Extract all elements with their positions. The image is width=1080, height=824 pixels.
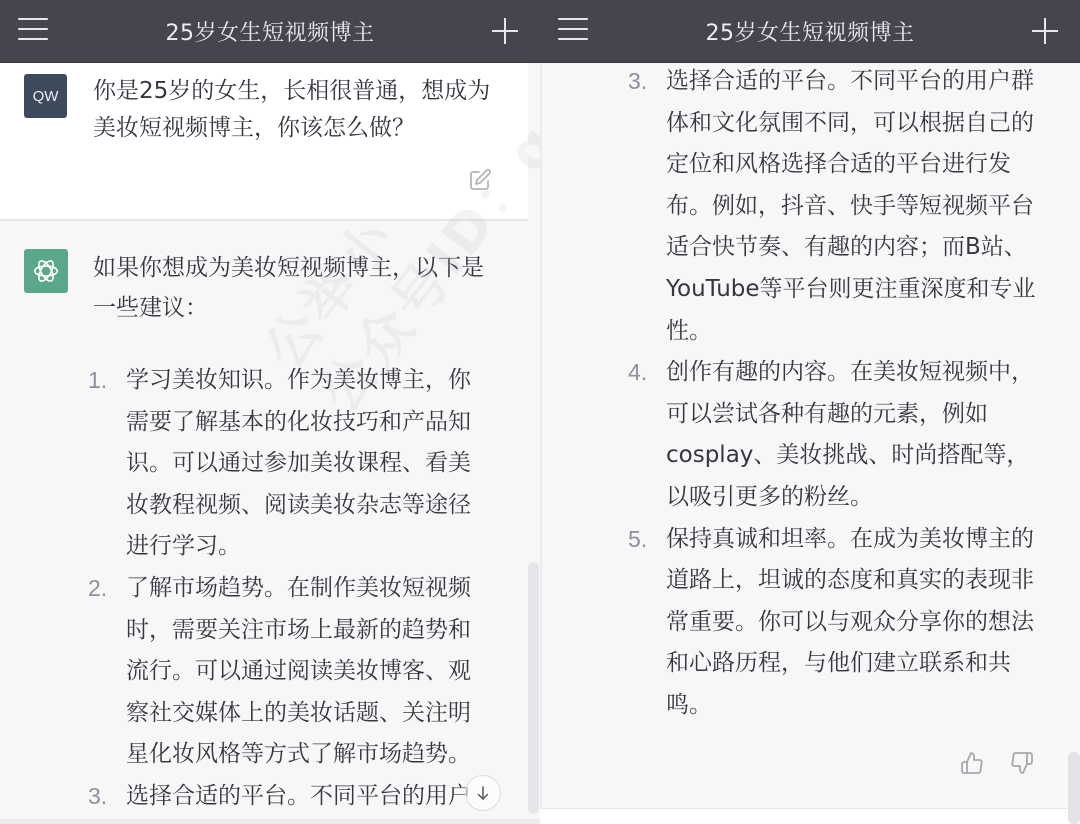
pane-divider bbox=[540, 63, 542, 824]
user-message: QW 你是25岁的女生，长相很普通，想成为美妆短视频博主，你该怎么做？ bbox=[0, 63, 528, 221]
list-item: 3. 选择合适的平台。不同平台的用户 bbox=[88, 776, 488, 818]
hamburger-menu-icon[interactable] bbox=[558, 18, 588, 44]
list-item: 4. 创作有趣的内容。在美妆短视频中，可以尝试各种有趣的元素，例如cosplay… bbox=[628, 352, 1038, 518]
conversation-title: 25岁女生短视频博主 bbox=[166, 16, 375, 47]
list-item-text: 学习美妆知识。作为美妆博主，你需要了解基本的化妆技巧和产品知识。可以通过参加美妆… bbox=[126, 367, 471, 559]
top-bar: 25岁女生短视频博主 bbox=[540, 0, 1080, 63]
hamburger-menu-icon[interactable] bbox=[18, 18, 48, 44]
new-chat-plus-icon[interactable] bbox=[492, 18, 518, 44]
assistant-message-continued: 3. 选择合适的平台。不同平台的用户群体和文化氛围不同，可以根据自己的定位和风格… bbox=[540, 63, 1068, 824]
list-number: 2. bbox=[88, 568, 124, 610]
list-item: 5. 保持真诚和坦率。在成为美妆博主的道路上，坦诚的态度和真实的表现非常重要。你… bbox=[628, 519, 1038, 727]
suggestion-list: 1. 学习美妆知识。作为美妆博主，你需要了解基本的化妆技巧和产品知识。可以通过参… bbox=[88, 360, 488, 818]
list-item-text: 保持真诚和坦率。在成为美妆博主的道路上，坦诚的态度和真实的表现非常重要。你可以与… bbox=[666, 526, 1034, 718]
thumbs-up-icon[interactable] bbox=[960, 751, 984, 775]
list-item: 2. 了解市场趋势。在制作美妆短视频时，需要关注市场上最新的趋势和流行。可以通过… bbox=[88, 568, 488, 776]
openai-logo-icon bbox=[24, 249, 68, 293]
list-number: 5. bbox=[628, 519, 664, 561]
assistant-message: 如果你想成为美妆短视频博主，以下是一些建议： 1. 学习美妆知识。作为美妆博主，… bbox=[0, 223, 528, 824]
right-phone-screen: 25岁女生短视频博主 3. 选择合适的平台。不同平台的用户群体和文化氛围不同，可… bbox=[540, 0, 1080, 824]
input-area-edge bbox=[540, 808, 1068, 824]
list-number: 3. bbox=[88, 776, 124, 818]
thumbs-down-icon[interactable] bbox=[1010, 751, 1034, 775]
assistant-intro-text: 如果你想成为美妆短视频博主，以下是一些建议： bbox=[93, 248, 493, 328]
new-chat-plus-icon[interactable] bbox=[1032, 18, 1058, 44]
list-item-text: 了解市场趋势。在制作美妆短视频时，需要关注市场上最新的趋势和流行。可以通过阅读美… bbox=[126, 575, 471, 767]
left-phone-screen: 25岁女生短视频博主 QW 你是25岁的女生，长相很普通，想成为美妆短视频博主，… bbox=[0, 0, 540, 824]
list-number: 1. bbox=[88, 360, 124, 402]
list-item-text: 选择合适的平台。不同平台的用户群体和文化氛围不同，可以根据自己的定位和风格选择合… bbox=[666, 68, 1036, 344]
scroll-to-bottom-button[interactable] bbox=[465, 775, 501, 811]
list-number: 4. bbox=[628, 352, 664, 394]
list-item-text: 选择合适的平台。不同平台的用户 bbox=[126, 783, 471, 809]
user-message-text: 你是25岁的女生，长相很普通，想成为美妆短视频博主，你该怎么做？ bbox=[93, 73, 493, 147]
top-bar: 25岁女生短视频博主 bbox=[0, 0, 540, 63]
list-number: 3. bbox=[628, 61, 664, 103]
bottom-edge bbox=[0, 819, 540, 824]
list-item: 1. 学习美妆知识。作为美妆博主，你需要了解基本的化妆技巧和产品知识。可以通过参… bbox=[88, 360, 488, 568]
scrollbar[interactable] bbox=[1068, 752, 1080, 824]
edit-icon[interactable] bbox=[468, 168, 492, 192]
list-item-text: 创作有趣的内容。在美妆短视频中，可以尝试各种有趣的元素，例如cosplay、美妆… bbox=[666, 359, 1034, 510]
feedback-buttons bbox=[960, 751, 1034, 775]
arrow-down-icon bbox=[474, 784, 492, 802]
list-item: 3. 选择合适的平台。不同平台的用户群体和文化氛围不同，可以根据自己的定位和风格… bbox=[628, 61, 1038, 352]
user-avatar: QW bbox=[24, 74, 67, 118]
conversation-title: 25岁女生短视频博主 bbox=[706, 16, 915, 47]
scrollbar[interactable] bbox=[528, 562, 539, 814]
suggestion-list: 3. 选择合适的平台。不同平台的用户群体和文化氛围不同，可以根据自己的定位和风格… bbox=[628, 61, 1038, 727]
